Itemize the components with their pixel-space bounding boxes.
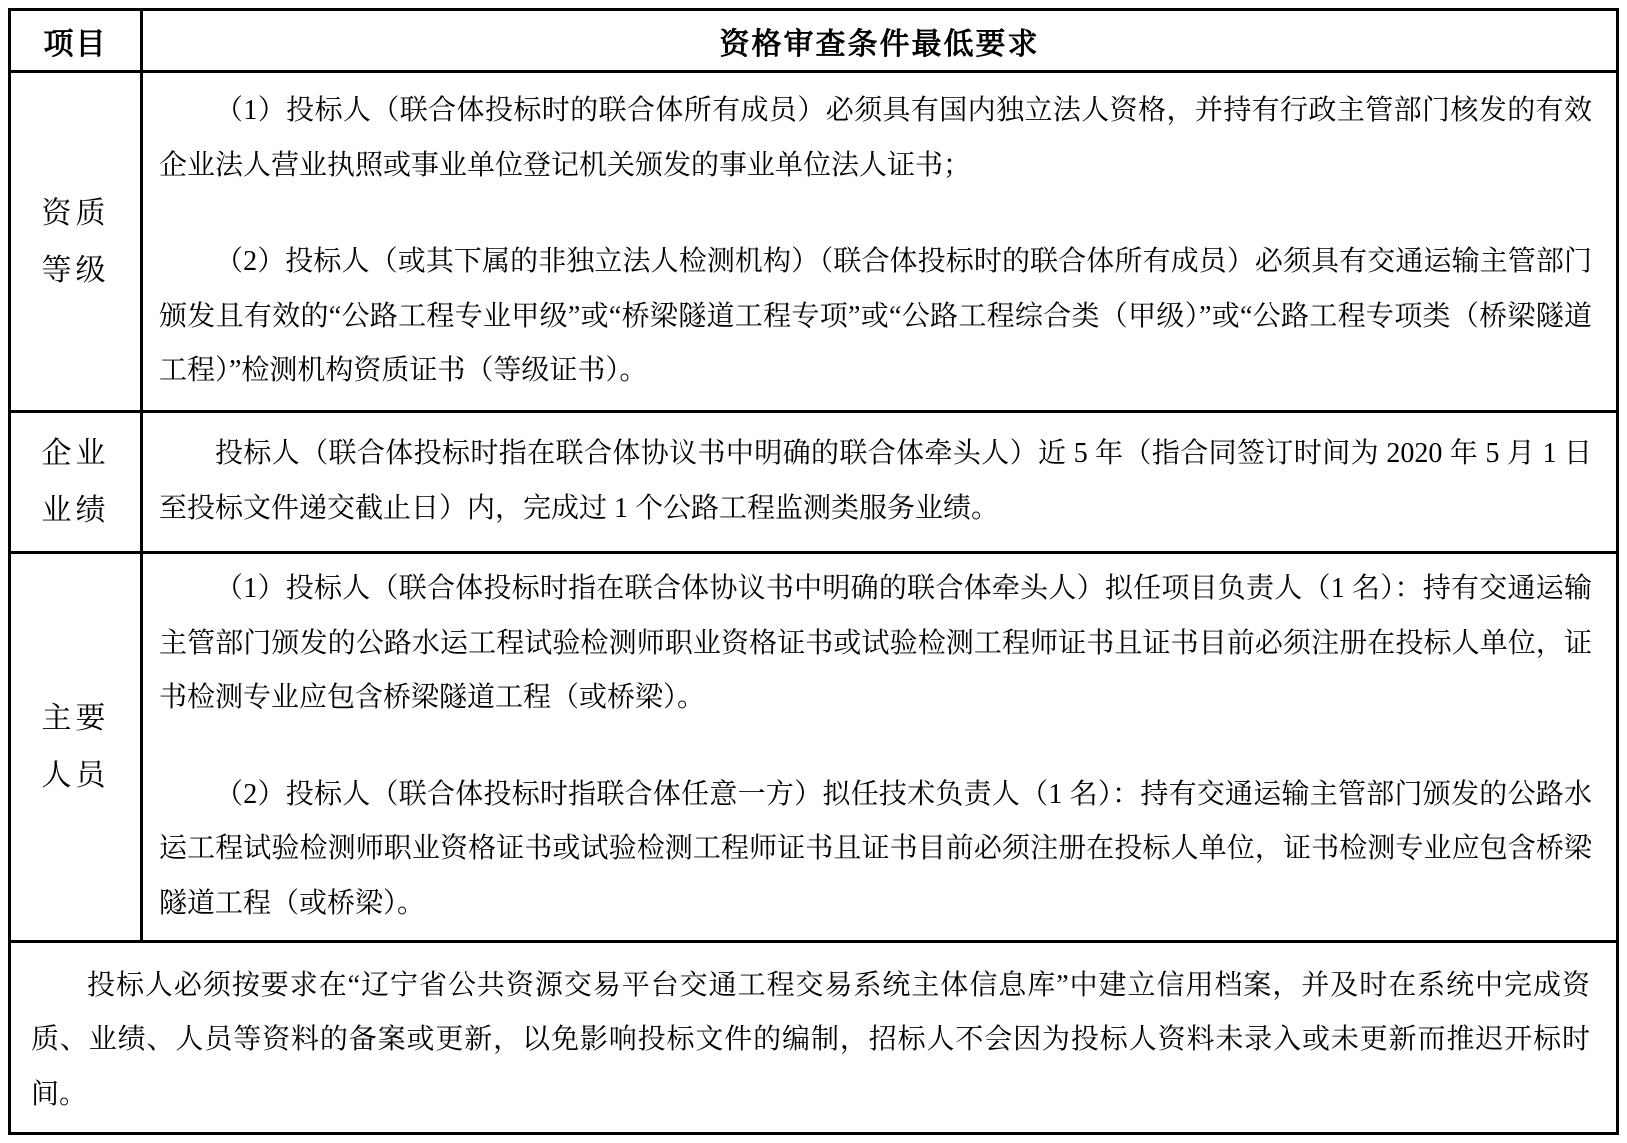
row-label-line: 企业 [11, 437, 140, 470]
row-label-line: 等级 [11, 254, 140, 287]
row-label-key-personnel: 主要 人员 [10, 553, 142, 942]
row-label-enterprise-performance: 企业 业绩 [10, 412, 142, 553]
requirement-paragraph: （1）投标人（联合体投标时的联合体所有成员）必须具有国内独立法人资格，并持有行政… [159, 84, 1592, 193]
credit-archive-note-cell: 投标人必须按要求在“辽宁省公共资源交易平台交通工程交易系统主体信息库”中建立信用… [10, 941, 1618, 1133]
row-label-qualification-grade: 资质 等级 [10, 72, 142, 412]
requirement-paragraph: （2）投标人（或其下属的非独立法人检测机构）（联合体投标时的联合体所有成员）必须… [159, 235, 1592, 399]
requirement-paragraph: （2）投标人（联合体投标时指联合体任意一方）拟任技术负责人（1 名）：持有交通运… [159, 768, 1592, 932]
credit-archive-note: 投标人必须按要求在“辽宁省公共资源交易平台交通工程交易系统主体信息库”中建立信用… [31, 959, 1590, 1123]
row-label-line: 业绩 [11, 494, 140, 527]
row-label-line: 主要 [11, 702, 140, 735]
table-row-key-personnel: 主要 人员 （1）投标人（联合体投标时指在联合体协议书中明确的联合体牵头人）拟任… [10, 553, 1618, 942]
cell-qualification-grade-requirements: （1）投标人（联合体投标时的联合体所有成员）必须具有国内独立法人资格，并持有行政… [142, 72, 1618, 412]
cell-key-personnel-requirements: （1）投标人（联合体投标时指在联合体协议书中明确的联合体牵头人）拟任项目负责人（… [142, 553, 1618, 942]
table-row-enterprise-performance: 企业 业绩 投标人（联合体投标时指在联合体协议书中明确的联合体牵头人）近 5 年… [10, 412, 1618, 553]
row-label-line: 资质 [11, 197, 140, 230]
requirement-paragraph: （1）投标人（联合体投标时指在联合体协议书中明确的联合体牵头人）拟任项目负责人（… [159, 562, 1592, 726]
cell-enterprise-performance-requirements: 投标人（联合体投标时指在联合体协议书中明确的联合体牵头人）近 5 年（指合同签订… [142, 412, 1618, 553]
column-header-item: 项目 [10, 10, 142, 72]
column-header-criteria: 资格审查条件最低要求 [142, 10, 1618, 72]
qualification-review-table: 项目 资格审查条件最低要求 资质 等级 （1）投标人（联合体投标时的联合体所有成… [8, 8, 1619, 1135]
document-page: 项目 资格审查条件最低要求 资质 等级 （1）投标人（联合体投标时的联合体所有成… [0, 0, 1627, 1143]
table-header-row: 项目 资格审查条件最低要求 [10, 10, 1618, 72]
row-label-line: 人员 [11, 759, 140, 792]
table-footer-row: 投标人必须按要求在“辽宁省公共资源交易平台交通工程交易系统主体信息库”中建立信用… [10, 941, 1618, 1133]
requirement-paragraph: 投标人（联合体投标时指在联合体协议书中明确的联合体牵头人）近 5 年（指合同签订… [159, 427, 1592, 536]
table-row-qualification-grade: 资质 等级 （1）投标人（联合体投标时的联合体所有成员）必须具有国内独立法人资格… [10, 72, 1618, 412]
